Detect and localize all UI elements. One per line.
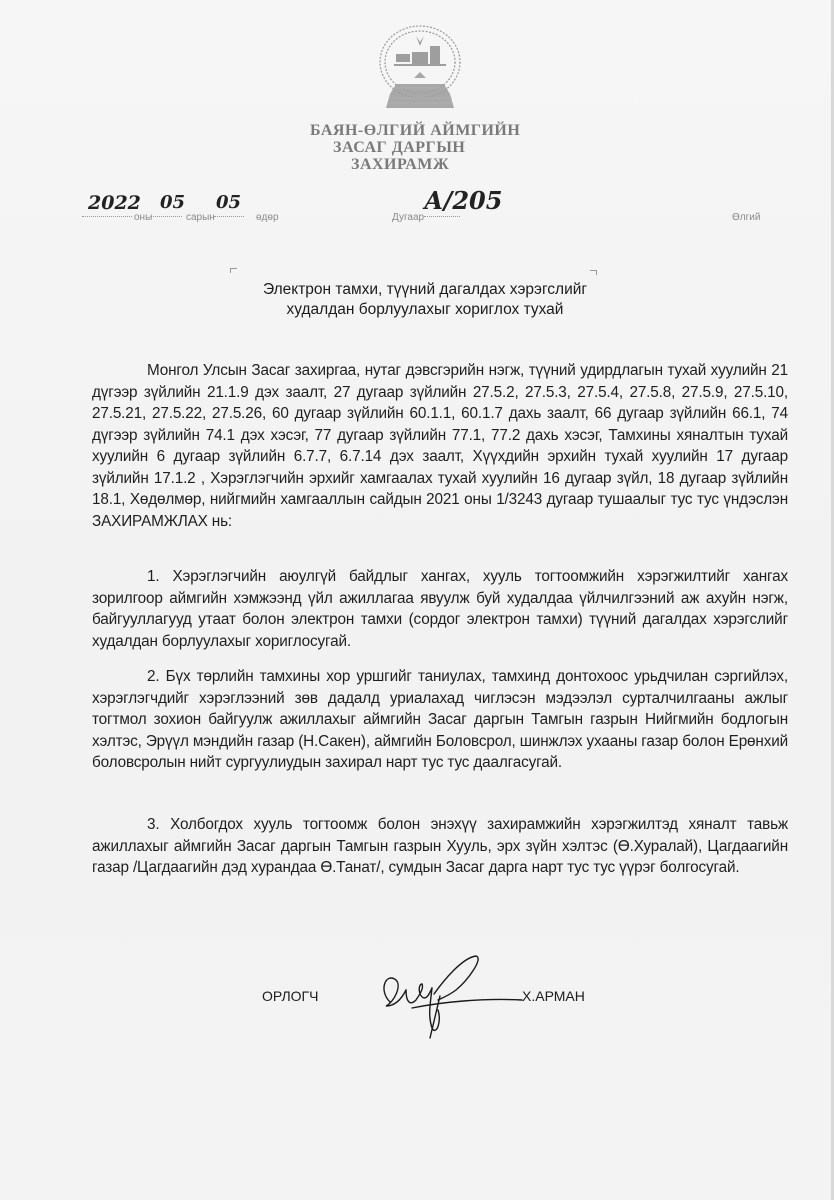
signatory-title: ОРЛОГЧ	[262, 988, 318, 1004]
org-name-line2: ЗАСАГ ДАРГЫН	[333, 139, 560, 156]
document-title: Электрон тамхи, түүний дагалдах хэрэгсли…	[210, 280, 640, 320]
day-handwritten: 05	[216, 192, 241, 213]
title-corner-mark-left	[230, 268, 237, 273]
year-field: 2022	[82, 196, 132, 217]
state-emblem-icon	[366, 22, 474, 114]
clause-text: Бүх төрлийн тамхины хор уршгийг таниулах…	[92, 668, 788, 771]
clause-number: 3.	[147, 816, 159, 833]
day-label: өдөр	[256, 212, 279, 223]
org-header: БАЯН-ӨЛГИЙ АЙМГИЙН ЗАСАГ ДАРГЫН ЗАХИРАМЖ	[300, 122, 560, 173]
clause-text: Хэрэглэгчийн аюулгүй байдлыг хангах, хуу…	[92, 568, 788, 650]
org-name-line1: БАЯН-ӨЛГИЙ АЙМГИЙН	[310, 122, 560, 139]
month-label: сарын	[186, 212, 215, 223]
number-handwritten: А/205	[424, 186, 502, 215]
handwritten-signature-icon	[372, 950, 532, 1040]
day-field: 05	[214, 196, 244, 217]
title-corner-mark-right	[590, 270, 597, 275]
clause-number: 1.	[147, 568, 159, 585]
month-field: 05	[150, 196, 182, 217]
clause-3: 3. Холбогдох хууль тогтоомж болон энэхүү…	[92, 814, 788, 879]
intro-text: Монгол Улсын Засаг захиргаа, нутаг дэвсг…	[92, 362, 788, 530]
title-line2: худалдан борлуулахыг хориглох тухай	[210, 300, 640, 320]
clause-text: Холбогдох хууль тогтоомж болон энэхүү за…	[92, 816, 788, 876]
intro-paragraph: Монгол Улсын Засаг захиргаа, нутаг дэвсг…	[92, 360, 788, 532]
clause-number: 2.	[147, 668, 159, 685]
document-type: ЗАХИРАМЖ	[351, 156, 560, 173]
title-line1: Электрон тамхи, түүний дагалдах хэрэгсли…	[210, 280, 640, 300]
year-handwritten: 2022	[88, 192, 141, 214]
place-label: Өлгий	[732, 212, 760, 223]
date-number-row: 2022 оны 05 сарын 05 өдөр Дугаар А/205 Ө…	[0, 196, 834, 226]
clause-2: 2. Бүх төрлийн тамхины хор уршгийг таниу…	[92, 666, 788, 774]
signatory-name: Х.АРМАН	[522, 988, 585, 1004]
month-handwritten: 05	[160, 192, 185, 213]
number-field: А/205	[424, 196, 460, 217]
number-label: Дугаар	[392, 212, 424, 223]
clause-1: 1. Хэрэглэгчийн аюулгүй байдлыг хангах, …	[92, 566, 788, 652]
document-page: БАЯН-ӨЛГИЙ АЙМГИЙН ЗАСАГ ДАРГЫН ЗАХИРАМЖ…	[0, 0, 834, 1200]
